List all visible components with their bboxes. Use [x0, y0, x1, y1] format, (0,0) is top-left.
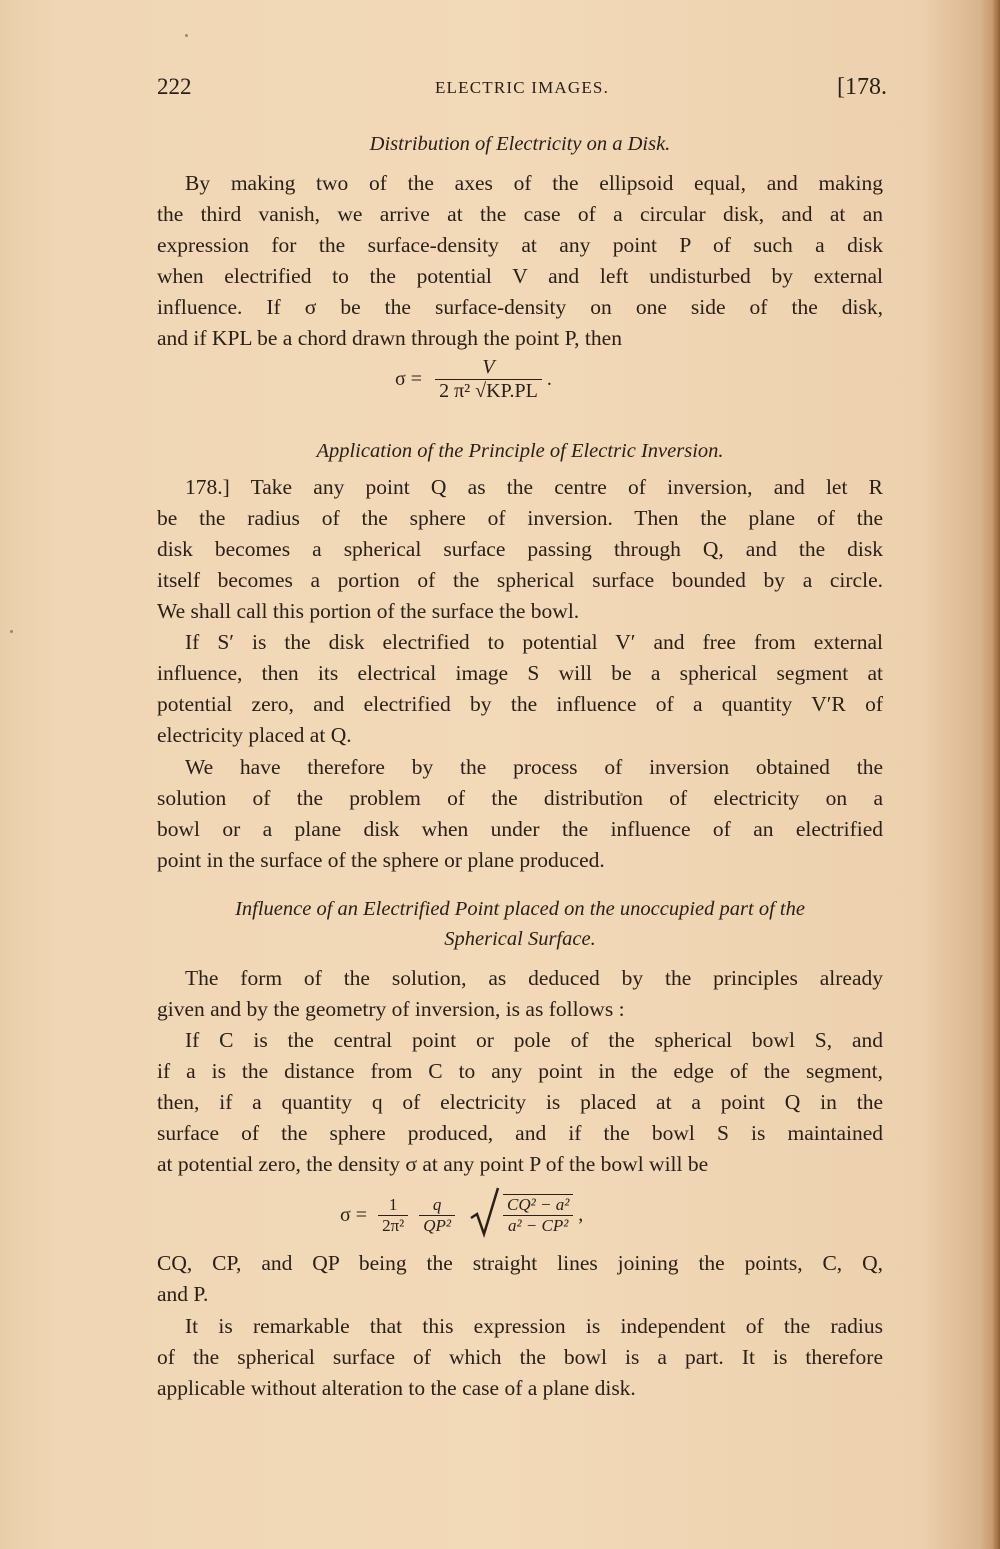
text-line: at potential zero, the density σ at any …	[157, 1149, 883, 1180]
text-line: influence, then its electrical image S w…	[157, 658, 883, 689]
text-line: and P.	[157, 1279, 883, 1310]
denominator: QP²	[419, 1215, 455, 1236]
numerator: CQ² − a²	[503, 1195, 573, 1215]
text-line: If C is the central point or pole of the…	[157, 1025, 883, 1056]
page-edge-shadow	[992, 0, 1000, 1549]
text-line: the third vanish, we arrive at the case …	[157, 199, 883, 230]
text-line: and if KPL be a chord drawn through the …	[157, 323, 883, 354]
text-line: be the radius of the sphere of inversion…	[157, 503, 883, 534]
equation-trailing: ,	[578, 1204, 583, 1226]
text-line: itself becomes a portion of the spherica…	[157, 565, 883, 596]
fraction-sqrt: CQ² − a² a² − CP²	[503, 1194, 573, 1236]
text-line: given and by the geometry of inversion, …	[157, 994, 883, 1025]
text-line: then, if a quantity q of electricity is …	[157, 1087, 883, 1118]
equation-lhs: σ =	[395, 368, 422, 390]
denominator: 2 π² √KP.PL	[435, 379, 542, 403]
equation-trailing: .	[547, 368, 552, 390]
numerator: q	[419, 1195, 455, 1215]
equation-lhs: σ =	[340, 1204, 367, 1226]
denominator: a² − CP²	[503, 1215, 573, 1236]
text-line: We shall call this portion of the surfac…	[157, 596, 883, 627]
text-line: 178.] Take any point Q as the centre of …	[157, 472, 883, 503]
paragraph-form-of-solution: The form of the solution, as deduced by …	[157, 963, 883, 1025]
denominator: 2π²	[378, 1215, 408, 1236]
section-heading-inversion: Application of the Principle of Electric…	[157, 440, 883, 463]
paragraph-electrical-image: If S′ is the disk electrified to potenti…	[157, 627, 883, 751]
paragraph-178: 178.] Take any point Q as the centre of …	[157, 472, 883, 627]
section-heading-electrified-point-line2: Spherical Surface.	[157, 928, 883, 951]
text-line: CQ, CP, and QP being the straight lines …	[157, 1248, 883, 1279]
running-head: 222 ELECTRIC IMAGES. [178.	[157, 74, 887, 106]
text-line: disk becomes a spherical surface passing…	[157, 534, 883, 565]
text-line: The form of the solution, as deduced by …	[157, 963, 883, 994]
text-line: It is remarkable that this expression is…	[157, 1311, 883, 1342]
paper-speck	[10, 630, 13, 633]
paper-speck	[620, 793, 623, 796]
section-reference: [178.	[837, 74, 887, 101]
running-title: ELECTRIC IMAGES.	[157, 78, 887, 98]
paragraph-bowl-density: If C is the central point or pole of the…	[157, 1025, 883, 1180]
numerator: V	[435, 356, 542, 379]
paragraph-disk-intro: By making two of the axes of the ellipso…	[157, 168, 883, 354]
paragraph-independent-of-radius: It is remarkable that this expression is…	[157, 1311, 883, 1404]
fraction: V 2 π² √KP.PL	[435, 356, 542, 403]
text-line: point in the surface of the sphere or pl…	[157, 845, 883, 876]
text-line: potential zero, and electrified by the i…	[157, 689, 883, 720]
square-root-sign-icon	[470, 1186, 500, 1244]
equation-bowl-density: σ = 1 2π² q QP² CQ² − a² a² − CP² ,	[340, 1186, 583, 1244]
numerator: 1	[378, 1195, 408, 1215]
fraction-2: q QP²	[419, 1195, 455, 1236]
text-line: surface of the sphere produced, and if t…	[157, 1118, 883, 1149]
text-line: of the spherical surface of which the bo…	[157, 1342, 883, 1373]
text-line: when electrified to the potential V and …	[157, 261, 883, 292]
text-line: influence. If σ be the surface-density o…	[157, 292, 883, 323]
section-heading-electrified-point-line1: Influence of an Electrified Point placed…	[157, 898, 883, 921]
text-line: We have therefore by the process of inve…	[157, 752, 883, 783]
fraction-1: 1 2π²	[378, 1195, 408, 1236]
text-line: electricity placed at Q.	[157, 720, 883, 751]
text-line: bowl or a plane disk when under the infl…	[157, 814, 883, 845]
text-line: By making two of the axes of the ellipso…	[157, 168, 883, 199]
text-line: if a is the distance from C to any point…	[157, 1056, 883, 1087]
text-line: applicable without alteration to the cas…	[157, 1373, 883, 1404]
text-line: solution of the problem of the distribut…	[157, 783, 883, 814]
paragraph-lines-joining: CQ, CP, and QP being the straight lines …	[157, 1248, 883, 1310]
section-heading-disk: Distribution of Electricity on a Disk.	[157, 133, 883, 156]
equation-disk-density: σ = V 2 π² √KP.PL .	[395, 356, 552, 403]
paragraph-inversion-result: We have therefore by the process of inve…	[157, 752, 883, 876]
paper-speck	[185, 34, 188, 37]
text-line: If S′ is the disk electrified to potenti…	[157, 627, 883, 658]
text-line: expression for the surface-density at an…	[157, 230, 883, 261]
